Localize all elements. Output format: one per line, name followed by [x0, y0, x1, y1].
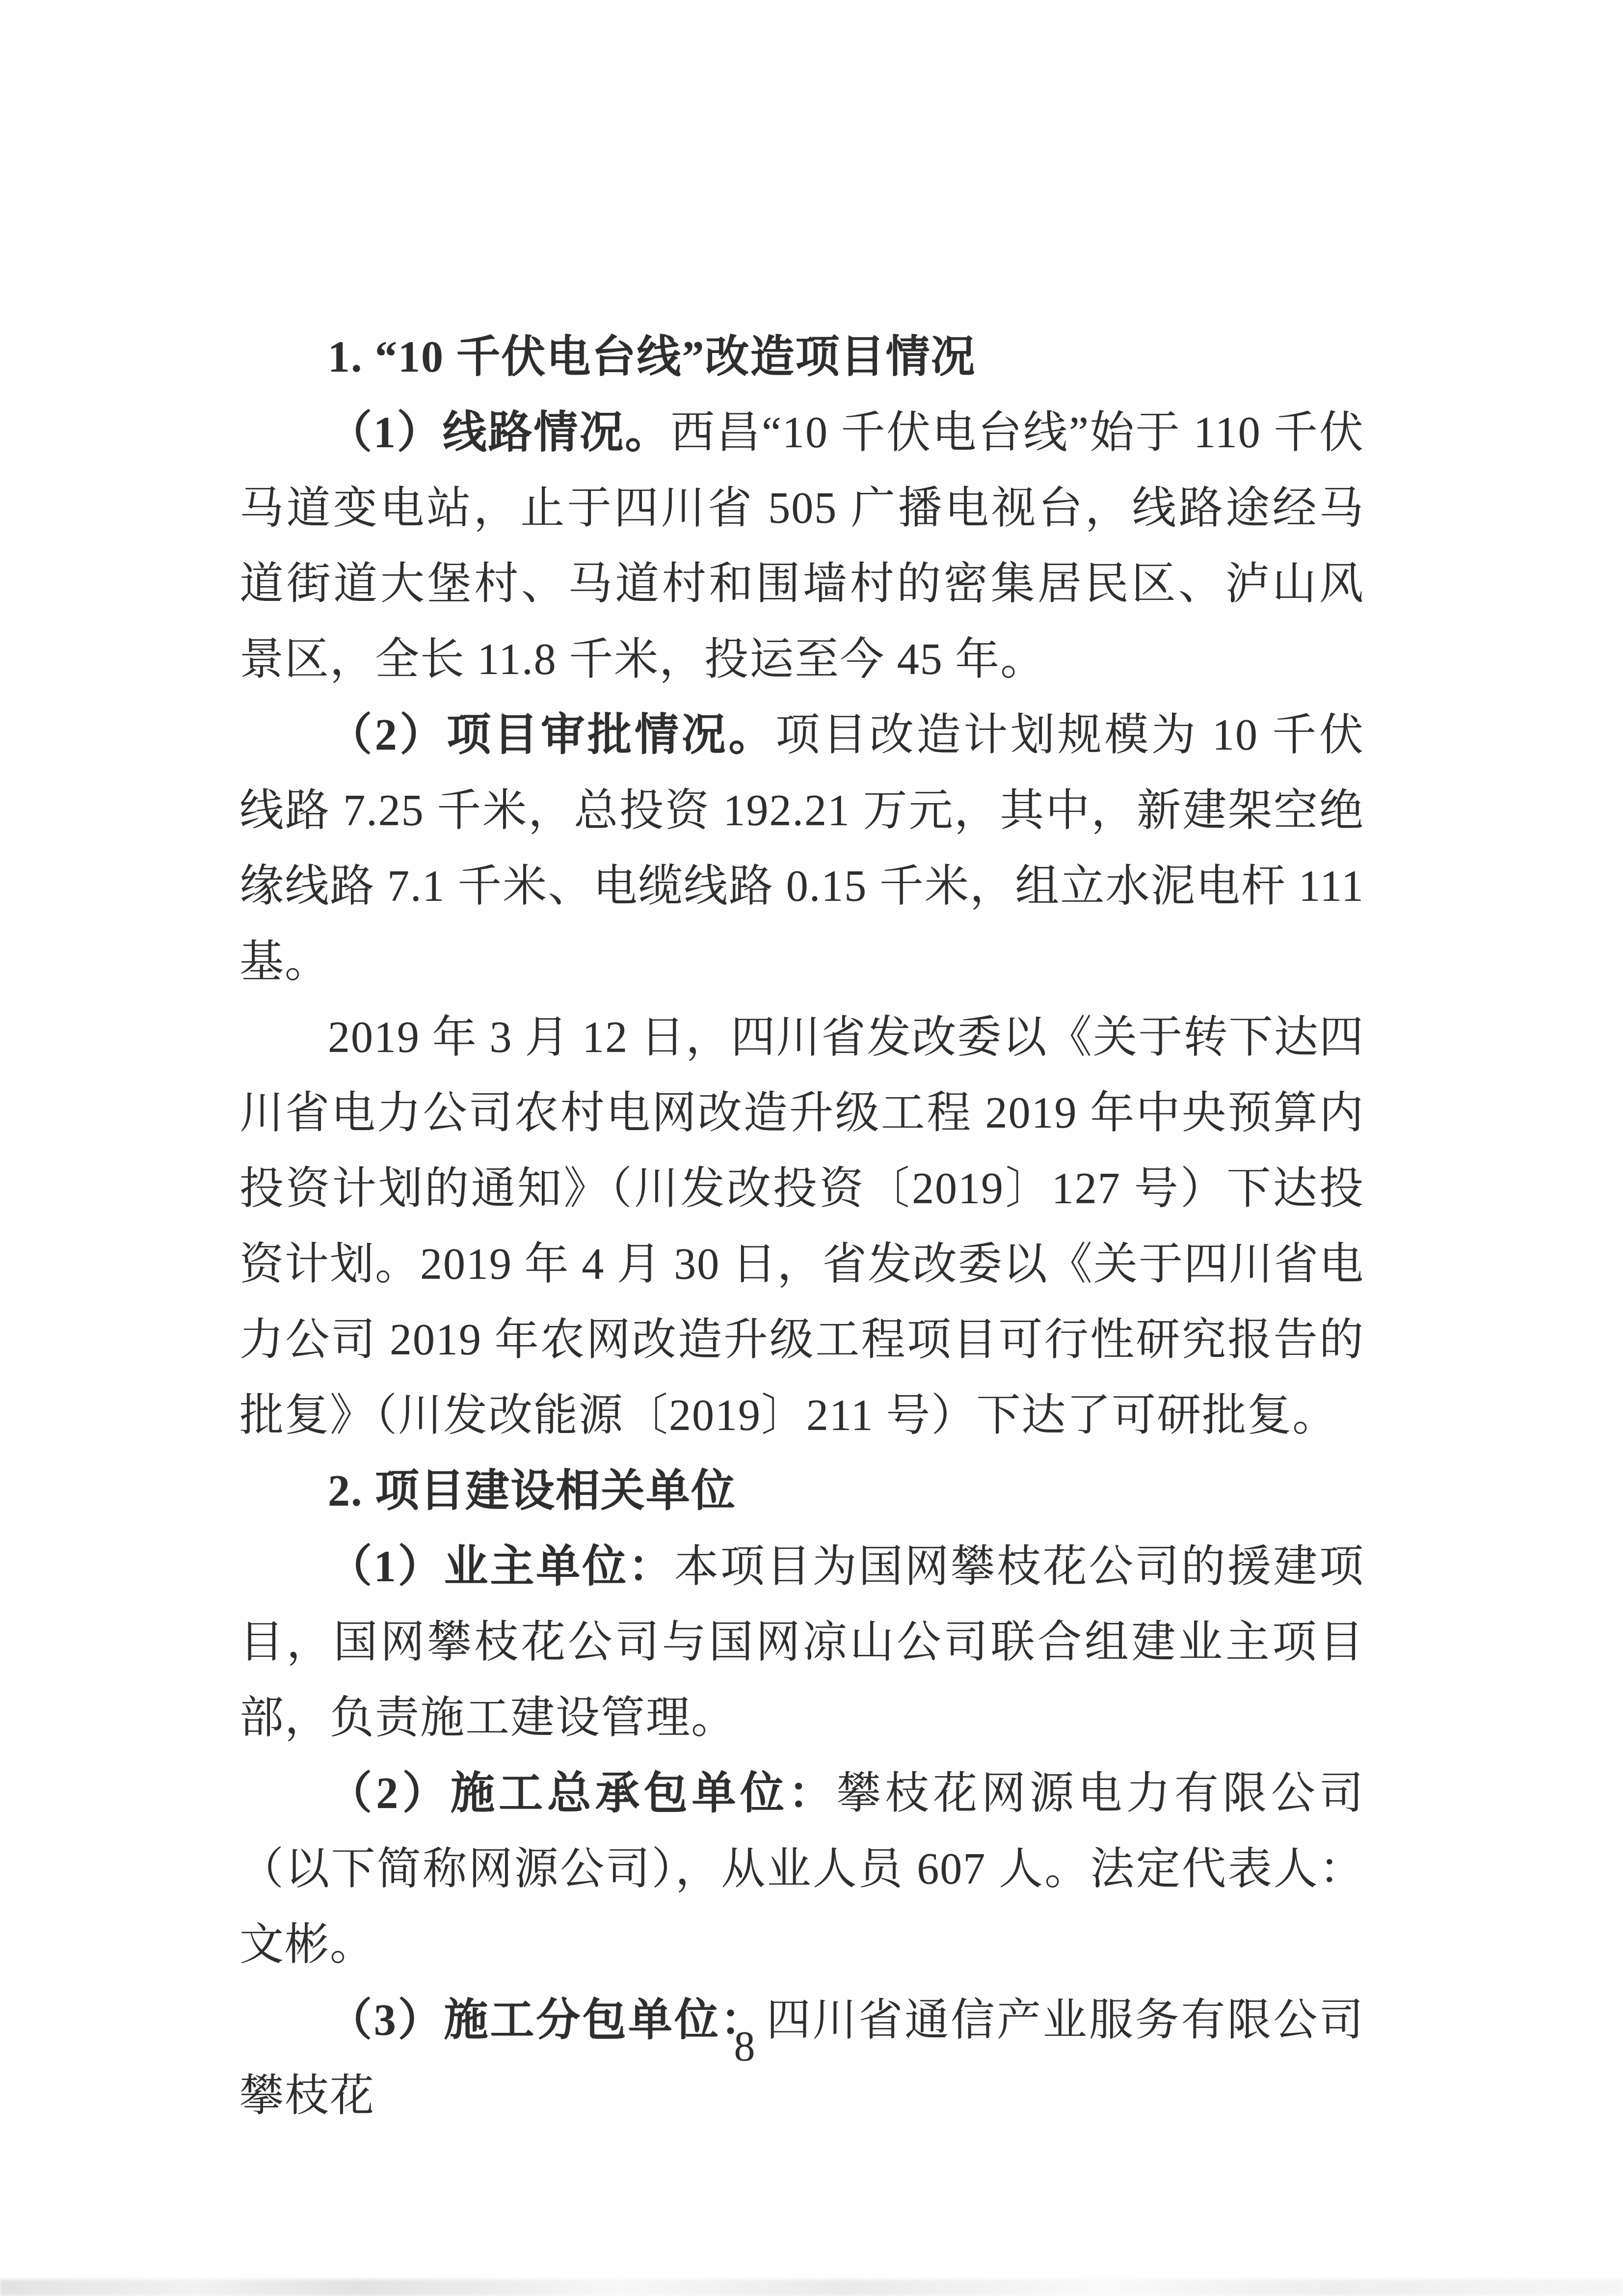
section-heading-2-text: 2. 项目建设相关单位 [328, 1467, 736, 1515]
paragraph-approval-documents: 2019 年 3 月 12 日，四川省发改委以《关于转下达四川省电力公司农村电网… [239, 1000, 1364, 1454]
paragraph-line-conditions: （1）线路情况。西昌“10 千伏电台线”始于 110 千伏马道变电站，止于四川省… [239, 395, 1364, 698]
section-heading-1: 1. “10 千伏电台线”改造项目情况 [239, 320, 1364, 395]
paragraph-text: 2019 年 3 月 12 日，四川省发改委以《关于转下达四川省电力公司农村电网… [239, 1013, 1364, 1440]
scan-noise-band [0, 2279, 1623, 2296]
section-heading-2: 2. 项目建设相关单位 [239, 1454, 1364, 1529]
paragraph-owner-unit: （1）业主单位：本项目为国网攀枝花公司的援建项目，国网攀枝花公司与国网凉山公司联… [239, 1529, 1364, 1756]
section-heading-1-text: 1. “10 千伏电台线”改造项目情况 [328, 333, 976, 381]
paragraph-lead-label: （2）项目审批情况。 [328, 711, 775, 759]
paragraph-lead-label: （1）业主单位： [328, 1542, 674, 1591]
paragraph-approval-status: （2）项目审批情况。项目改造计划规模为 10 千伏线路 7.25 千米，总投资 … [239, 698, 1364, 1000]
paragraph-lead-label: （2）施工总承包单位： [328, 1769, 837, 1818]
document-page: 1. “10 千伏电台线”改造项目情况 （1）线路情况。西昌“10 千伏电台线”… [0, 0, 1623, 2296]
page-number: 8 [0, 2022, 1489, 2071]
paragraph-lead-label: （1）线路情况。 [328, 408, 670, 457]
page-number-value: 8 [734, 2023, 755, 2070]
document-body: 1. “10 千伏电台线”改造项目情况 （1）线路情况。西昌“10 千伏电台线”… [239, 320, 1364, 2134]
paragraph-general-contractor: （2）施工总承包单位：攀枝花网源电力有限公司（以下简称网源公司），从业人员 60… [239, 1756, 1364, 1983]
